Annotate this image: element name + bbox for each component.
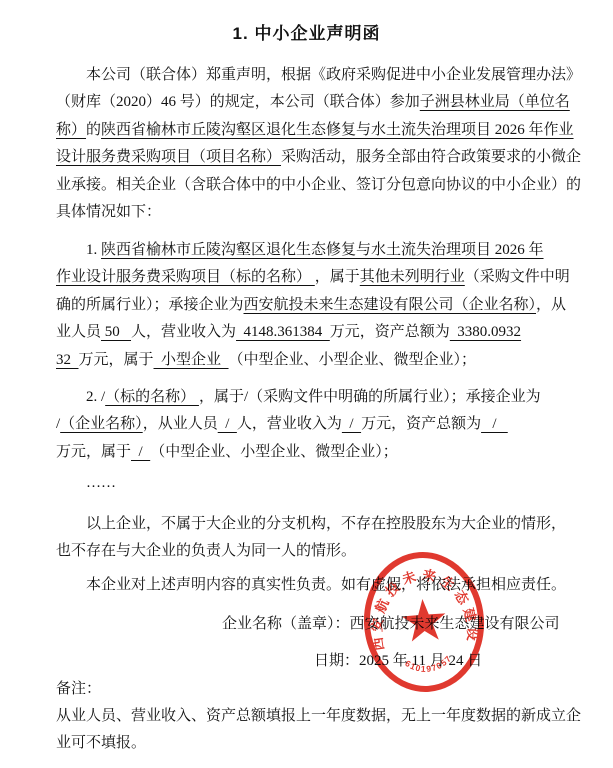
text-line: 称）的陕西省榆林市丘陵沟壑区退化生态修复与水土流失治理项目 2026 年作业 [56,117,561,144]
ellipsis-line: …… [56,470,561,497]
text-line: 具体情况如下： [56,199,561,226]
text-line: 业可不填报。 [56,730,561,757]
text-line: 业人员 50 人，营业收入为 4148.361384 万元，资产总额为 3380… [56,319,561,346]
text-line: 作业设计服务费采购项目（标的名称） ，属于其他未列明行业（采购文件中明 [56,264,561,291]
company-seal-graphic: 西安航投未来生态建设有限公司 6101970572561 [353,542,495,703]
paragraph-note: 从业人员、营业收入、资产总额填报上一年度数据，无上一年度数据的新成立企业可不填报… [56,703,561,758]
text-line: 本公司（联合体）郑重声明，根据《政府采购促进中小企业发展管理办法》 [56,62,561,89]
paragraph-item-2: 2. /（标的名称） ，属于/（采购文件中明确的所属行业）；承接企业为/（企业名… [56,384,561,466]
text-line: 2. /（标的名称） ，属于/（采购文件中明确的所属行业）；承接企业为 [56,384,561,411]
text-line: /（企业名称），从业人员 / 人，营业收入为 / 万元，资产总额为 / [56,411,561,438]
paragraph-item-1: 1. 陕西省榆林市丘陵沟壑区退化生态修复与水土流失治理项目 2026 年作业设计… [56,237,561,374]
text-line: 设计服务费采购项目（项目名称）采购活动，服务全部由符合政策要求的小微企 [56,144,561,171]
text-line: 32 万元，属于 小型企业 （中型企业、小型企业、微型企业）； [56,347,561,374]
text-line: 从业人员、营业收入、资产总额填报上一年度数据，无上一年度数据的新成立企 [56,703,561,730]
declaration-letter-page: 1. 中小企业声明函 本公司（联合体）郑重声明，根据《政府采购促进中小企业发展管… [0,0,613,768]
paragraph-declaration-intro: 本公司（联合体）郑重声明，根据《政府采购促进中小企业发展管理办法》（财库（202… [56,62,561,226]
text-line: 确的所属行业）；承接企业为西安航投未来生态建设有限公司（企业名称），从 [56,292,561,319]
text-line: （财库（2020）46 号）的规定，本公司（联合体）参加子洲县林业局（单位名 [56,89,561,116]
text-line: 业承接。相关企业（含联合体中的中小企业、签订分包意向协议的中小企业）的 [56,172,561,199]
company-seal: 西安航投未来生态建设有限公司 6101970572561 [358,546,490,698]
text-line: 以上企业，不属于大企业的分支机构，不存在控股股东为大企业的情形， [56,511,561,538]
text-line: 万元，属于 / （中型企业、小型企业、微型企业）； [56,439,561,466]
text-line: 1. 陕西省榆林市丘陵沟壑区退化生态修复与水土流失治理项目 2026 年 [56,237,561,264]
page-title: 1. 中小企业声明函 [0,19,613,44]
seal-star-icon [401,598,448,643]
